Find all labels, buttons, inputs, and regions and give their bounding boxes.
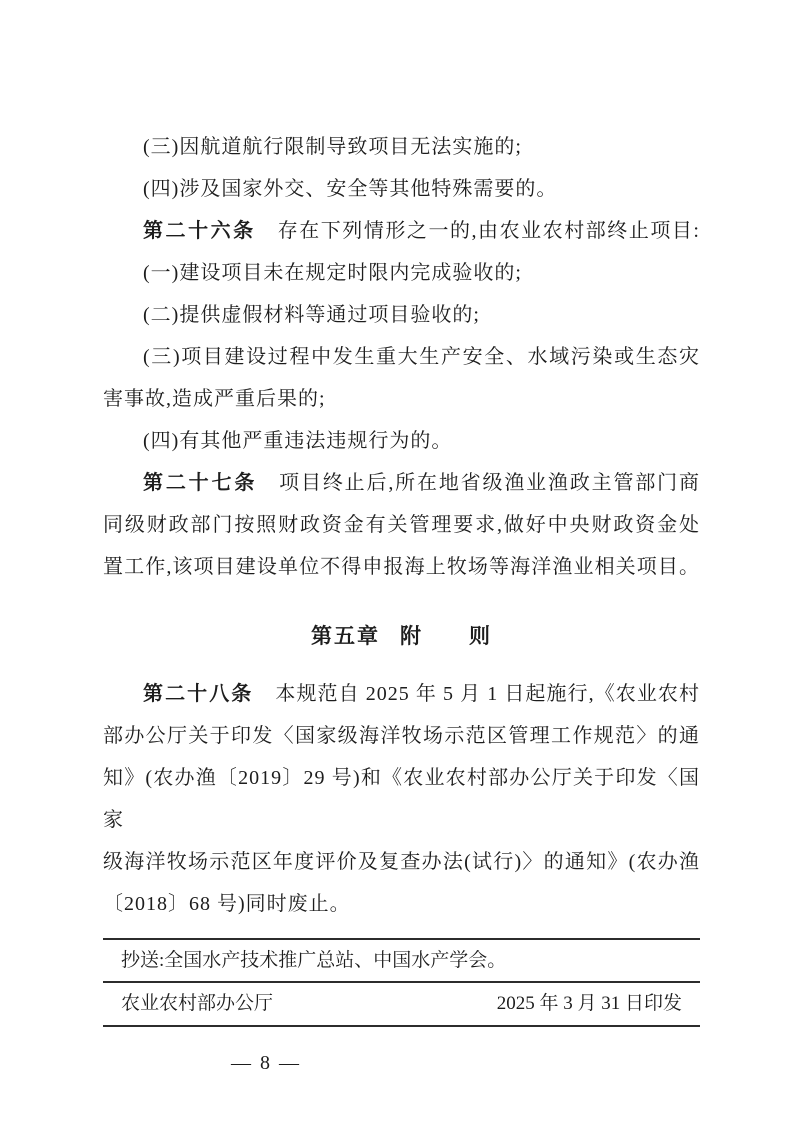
chapter-title: 则 <box>469 625 492 648</box>
article-number: 第二十六条 <box>143 220 256 242</box>
body-line: 第二十六条存在下列情形之一的,由农业农村部终止项目: <box>103 210 700 252</box>
document-footer: 抄送:全国水产技术推广总站、中国水产学会。 农业农村部办公厅 2025 年 3 … <box>103 938 700 1077</box>
body-line: (四)涉及国家外交、安全等其他特殊需要的。 <box>103 168 700 210</box>
body-line: (一)建设项目未在规定时限内完成验收的; <box>103 252 700 294</box>
print-date: 2025 年 3 月 31 日印发 <box>497 983 682 1025</box>
chapter-title: 附 <box>400 625 423 648</box>
issuer: 农业农村部办公厅 <box>121 983 273 1025</box>
article-number: 第二十七条 <box>143 472 257 494</box>
body-line: 知》(农办渔〔2019〕29 号)和《农业农村部办公厅关于印发〈国家 <box>103 757 700 841</box>
chapter-number: 第五章 <box>311 625 380 648</box>
body-line: (四)有其他严重违法违规行为的。 <box>103 420 700 462</box>
body-line: 第二十七条项目终止后,所在地省级渔业渔政主管部门商 <box>103 462 700 504</box>
body-line: 置工作,该项目建设单位不得申报海上牧场等海洋渔业相关项目。 <box>103 546 700 588</box>
body-line: 害事故,造成严重后果的; <box>103 378 700 420</box>
body-line: 第二十八条本规范自 2025 年 5 月 1 日起施行,《农业农村 <box>103 673 700 715</box>
cc-note: 抄送:全国水产技术推广总站、中国水产学会。 <box>103 940 700 981</box>
body-line: 同级财政部门按照财政资金有关管理要求,做好中央财政资金处 <box>103 504 700 546</box>
line-text: 本规范自 2025 年 5 月 1 日起施行,《农业农村 <box>275 683 700 705</box>
line-text: 存在下列情形之一的,由农业农村部终止项目: <box>278 220 700 242</box>
body-line: (三)项目建设过程中发生重大生产安全、水域污染或生态灾 <box>103 336 700 378</box>
article-number: 第二十八条 <box>143 683 253 705</box>
page-number: — 8 — <box>231 1049 700 1077</box>
document-body: (三)因航道航行限制导致项目无法实施的; (四)涉及国家外交、安全等其他特殊需要… <box>0 0 700 925</box>
body-line: (三)因航道航行限制导致项目无法实施的; <box>103 126 700 168</box>
body-line: (二)提供虚假材料等通过项目验收的; <box>103 294 700 336</box>
body-line: 〔2018〕68 号)同时废止。 <box>103 883 700 925</box>
line-text: 项目终止后,所在地省级渔业渔政主管部门商 <box>279 472 700 494</box>
body-line: 级海洋牧场示范区年度评价及复查办法(试行)〉的通知》(农办渔 <box>103 841 700 883</box>
body-line: 部办公厅关于印发〈国家级海洋牧场示范区管理工作规范〉的通 <box>103 715 700 757</box>
issuer-row: 农业农村部办公厅 2025 年 3 月 31 日印发 <box>103 983 700 1025</box>
document-page: (三)因航道航行限制导致项目无法实施的; (四)涉及国家外交、安全等其他特殊需要… <box>0 0 794 1123</box>
separator-line <box>103 1025 700 1027</box>
chapter-heading: 第五章附则 <box>103 616 700 658</box>
